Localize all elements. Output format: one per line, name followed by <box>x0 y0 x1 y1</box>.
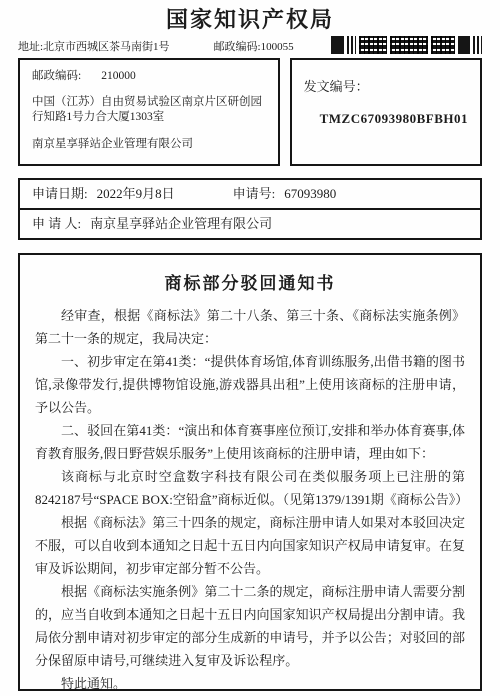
barcode-noise-icon <box>431 36 455 54</box>
recipient-postcode-line: 邮政编码:210000 <box>32 69 266 84</box>
application-date-value: 2022年9月8日 <box>97 186 175 201</box>
applicant-label: 申 请 人: <box>32 216 81 231</box>
notice-title: 商标部分驳回通知书 <box>35 269 465 294</box>
document-page: 国家知识产权局 地址:北京市西城区茶马南街1号 邮政编码:100055 邮政编码… <box>0 0 500 696</box>
barcode-icon <box>331 36 482 54</box>
notice-paragraph: 经审查，根据《商标法》第二十八条、第三十条、《商标法实施条例》第二十一条的规定，… <box>35 304 465 350</box>
barcode-block-icon <box>458 36 470 54</box>
barcode-noise-icon <box>359 36 387 54</box>
notice-paragraph: 特此通知。 <box>35 672 465 695</box>
notice-paragraph: 二、驳回在第41类：“演出和体育赛事座位预订,安排和举办体育赛事,体育教育服务,… <box>35 419 465 465</box>
notice-paragraph: 该商标与北京时空盒数字科技有限公司在类似服务项上已注册的第8242187号“SP… <box>35 465 465 511</box>
applicant-value: 南京星享驿站企业管理有限公司 <box>90 216 272 231</box>
header-postcode: 邮政编码:100055 <box>214 38 294 54</box>
docnum-box: 发文编号： TMZC67093980BFBH01 <box>290 58 482 166</box>
recipient-postcode-value: 210000 <box>101 70 136 82</box>
recipient-postcode-label: 邮政编码: <box>32 70 81 82</box>
notice-body: 经审查，根据《商标法》第二十八条、第三十条、《商标法实施条例》第二十一条的规定，… <box>35 304 465 695</box>
barcode-noise-icon <box>390 36 428 54</box>
address-boxes-row: 邮政编码:210000 中国（江苏）自由贸易试验区南京片区研创园行知路1号力合大… <box>18 58 482 166</box>
recipient-box: 邮政编码:210000 中国（江苏）自由贸易试验区南京片区研创园行知路1号力合大… <box>18 58 280 166</box>
header-address: 地址:北京市西城区茶马南街1号 <box>18 38 170 54</box>
application-number-value: 67093980 <box>284 186 336 201</box>
application-row-date: 申请日期:2022年9月8日申请号:67093980 <box>20 180 480 210</box>
notice-paragraph: 根据《商标法实施条例》第二十二条的规定，商标注册申请人需要分割的，应当自收到本通… <box>35 580 465 672</box>
application-date-label: 申请日期: <box>32 186 88 201</box>
application-number-label: 申请号: <box>233 186 276 201</box>
docnum-label: 发文编号： <box>304 76 468 95</box>
notice-box: 商标部分驳回通知书 经审查，根据《商标法》第二十八条、第三十条、《商标法实施条例… <box>18 253 482 691</box>
recipient-company: 南京星享驿站企业管理有限公司 <box>32 137 266 152</box>
barcode-lines-icon <box>473 36 482 54</box>
barcode-block-icon <box>331 36 344 54</box>
application-box: 申请日期:2022年9月8日申请号:67093980 申 请 人:南京星享驿站企… <box>18 178 482 240</box>
barcode-lines-icon <box>347 36 356 54</box>
org-title: 国家知识产权局 <box>0 0 500 34</box>
notice-paragraph: 一、初步审定在第41类：“提供体育场馆,体育训练服务,出借书籍的图书馆,录像带发… <box>35 350 465 419</box>
header-address-row: 地址:北京市西城区茶马南街1号 邮政编码:100055 <box>18 34 482 54</box>
application-row-applicant: 申 请 人:南京星享驿站企业管理有限公司 <box>20 210 480 238</box>
docnum-value: TMZC67093980BFBH01 <box>320 111 468 127</box>
notice-paragraph: 根据《商标法》第三十四条的规定，商标注册申请人如果对本驳回决定不服，可以自收到本… <box>35 511 465 580</box>
recipient-address: 中国（江苏）自由贸易试验区南京片区研创园行知路1号力合大厦1303室 <box>32 95 266 125</box>
